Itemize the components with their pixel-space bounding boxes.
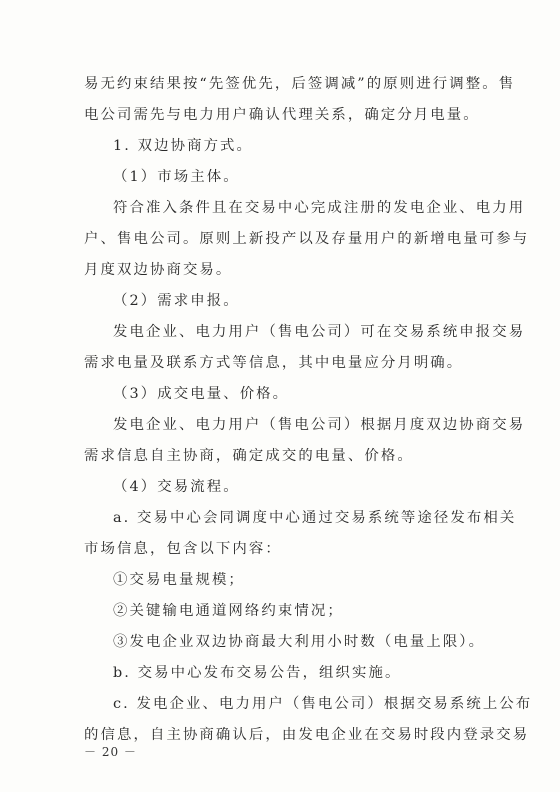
list-item: ③发电企业双边协商最大利用小时数（电量上限）。 xyxy=(113,633,485,651)
text-line: 电公司需先与电力用户确认代理关系，确定分月电量。 xyxy=(84,106,480,124)
text-line: 发电企业、电力用户（售电公司）可在交易系统申报交易 xyxy=(113,323,525,341)
list-item: ②关键输电通道网络约束情况； xyxy=(113,602,344,620)
text-line: 易无约束结果按“先签优先，后签调减”的原则进行调整。售 xyxy=(84,75,515,93)
list-item: ①交易电量规模； xyxy=(113,571,245,589)
text-line: 需求电量及联系方式等信息，其中电量应分月明确。 xyxy=(84,354,463,372)
text-line: 月度双边协商交易。 xyxy=(84,261,232,279)
text-line: 的信息，自主协商确认后，由发电企业在交易时段内登录交易 xyxy=(84,726,529,744)
subsection-heading: （3）成交电量、价格。 xyxy=(113,385,289,403)
page-number: － 20 － xyxy=(84,743,137,760)
section-heading: 1. 双边协商方式。 xyxy=(113,137,253,155)
text-line: 需求信息自主协商，确定成交的电量、价格。 xyxy=(84,447,414,465)
text-line: a. 交易中心会同调度中心通过交易系统等途径发布相关 xyxy=(113,509,516,527)
text-line: c. 发电企业、电力用户（售电公司）根据交易系统上公布 xyxy=(113,695,532,713)
subsection-heading: （1）市场主体。 xyxy=(113,168,240,186)
text-line: 发电企业、电力用户（售电公司）根据月度双边协商交易 xyxy=(113,416,525,434)
subsection-heading: （4）交易流程。 xyxy=(113,478,240,496)
subsection-heading: （2）需求申报。 xyxy=(113,292,240,310)
text-line: 符合准入条件且在交易中心完成注册的发电企业、电力用 xyxy=(113,199,525,217)
text-line: 市场信息，包含以下内容： xyxy=(84,540,282,558)
document-page: 易无约束结果按“先签优先，后签调减”的原则进行调整。售 电公司需先与电力用户确认… xyxy=(0,0,560,792)
text-line: 户、售电公司。原则上新投产以及存量用户的新增电量可参与 xyxy=(84,230,529,248)
text-line: b. 交易中心发布交易公告，组织实施。 xyxy=(113,664,402,682)
